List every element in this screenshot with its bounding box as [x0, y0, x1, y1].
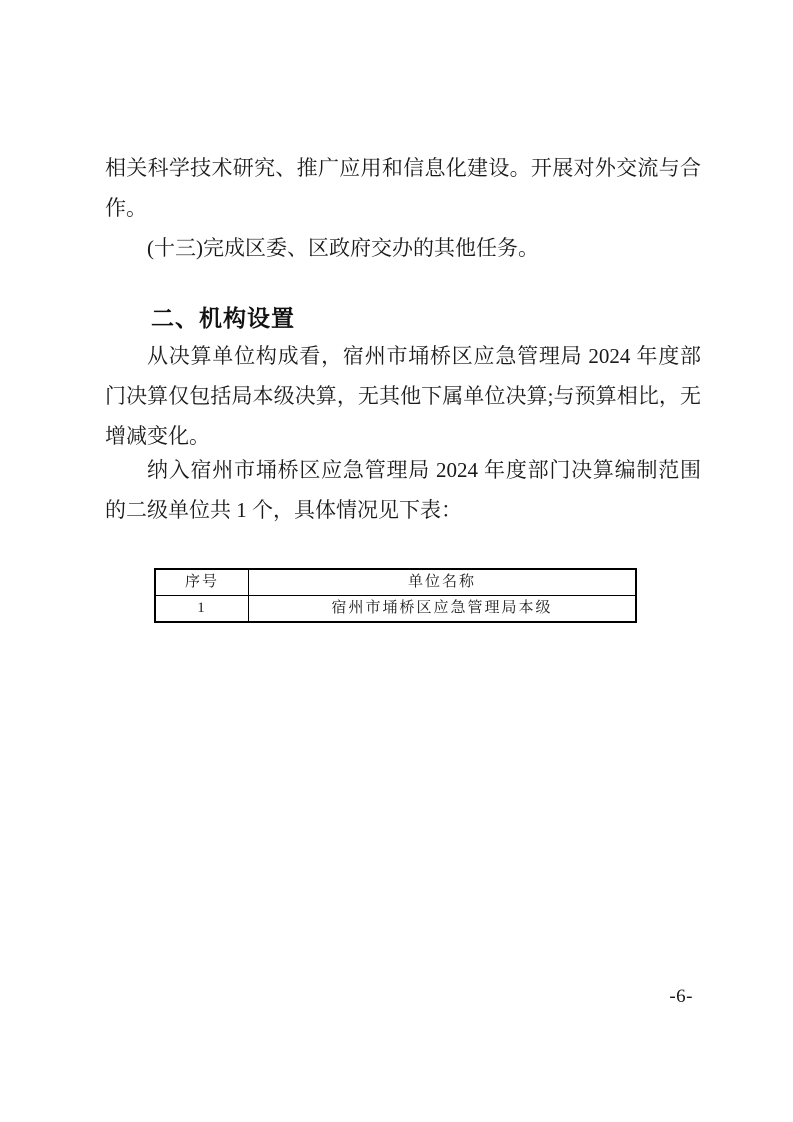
unit-table-header-unit-name: 单位名称: [249, 569, 637, 596]
paragraph-org-scope: 纳入宿州市埇桥区应急管理局 2024 年度部门决算编制范围的二级单位共 1 个，…: [105, 450, 701, 530]
paragraph-continuation: 相关科学技术研究、推广应用和信息化建设。开展对外交流与合作。: [105, 148, 701, 228]
paragraph-org-composition: 从决算单位构成看，宿州市埇桥区应急管理局 2024 年度部门决算仅包括局本级决算…: [105, 336, 701, 456]
page-number: -6-: [669, 986, 693, 1008]
document-content: 相关科学技术研究、推广应用和信息化建设。开展对外交流与合作。 (十三)完成区委、…: [105, 0, 701, 623]
table-row: 1 宿州市埇桥区应急管理局本级: [155, 596, 636, 623]
document-page: 相关科学技术研究、推广应用和信息化建设。开展对外交流与合作。 (十三)完成区委、…: [0, 0, 793, 1122]
unit-table: 序号 单位名称 1 宿州市埇桥区应急管理局本级: [154, 568, 637, 623]
section-heading-organization-setup: 二、机构设置: [105, 300, 701, 336]
unit-table-cell-unit-name: 宿州市埇桥区应急管理局本级: [249, 596, 637, 623]
unit-table-header-index: 序号: [155, 569, 249, 596]
unit-table-header-row: 序号 单位名称: [155, 569, 636, 596]
unit-table-cell-index: 1: [155, 596, 249, 623]
paragraph-task-13: (十三)完成区委、区政府交办的其他任务。: [105, 228, 701, 268]
